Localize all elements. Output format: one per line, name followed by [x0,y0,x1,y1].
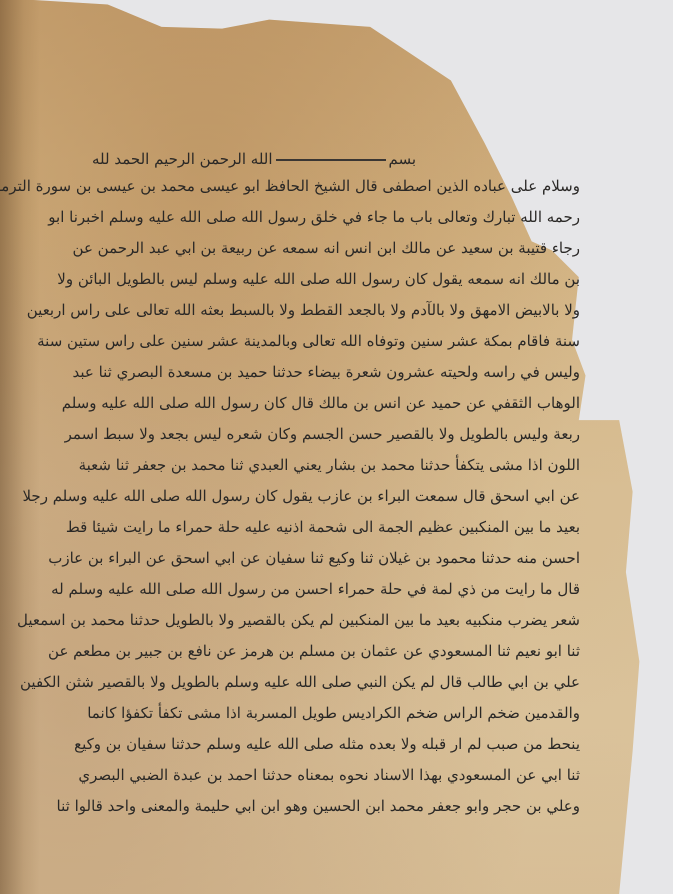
text-line-16: ثنا ابو نعيم ثنا المسعودي عن عثمان بن مس… [48,641,580,661]
text-line-3: رجاء قتيبة بن سعيد عن مالك ابن انس انه س… [73,238,580,258]
text-line-14: قال ما رايت من ذي لمة في حلة حمراء احسن … [51,579,580,599]
text-line-1: وسلام على عباده الذين اصطفى قال الشيخ ال… [0,176,580,196]
text-line-9: ربعة وليس بالطويل ولا بالقصير حسن الجسم … [65,424,580,444]
basmala-start: بسم [389,150,417,168]
text-line-7: وليس في راسه ولحيته عشرون شعرة بيضاء حدث… [72,362,580,382]
text-line-10: اللون اذا مشى يتكفأ حدثنا محمد بن بشار ي… [79,455,580,475]
text-line-4: بن مالك انه سمعه يقول كان رسول الله صلى … [57,269,580,289]
basmala-heading: بسمالله الرحمن الرحيم الحمد لله [92,150,416,168]
text-line-19: ينحط من صبب لم ار قبله ولا بعده مثله صلى… [74,734,580,754]
text-line-18: والقدمين ضخم الراس ضخم الكراديس طويل الم… [87,703,580,723]
text-line-11: عن ابي اسحق قال سمعت البراء بن عازب يقول… [22,486,580,506]
text-line-5: ولا بالابيض الامهق ولا بالآدم ولا بالجعد… [27,300,580,320]
text-line-17: علي بن ابي طالب قال لم يكن النبي صلى الل… [20,672,580,692]
basmala-rest: الله الرحمن الرحيم الحمد لله [92,150,273,168]
text-line-15: شعر يضرب منكبيه بعيد ما بين المنكبين لم … [17,610,580,630]
manuscript-scan: بسمالله الرحمن الرحيم الحمد لله وسلام عل… [0,0,673,894]
text-line-12: بعيد ما بين المنكبين عظيم الجمة الى شحمة… [66,517,580,537]
text-line-20: ثنا ابي عن المسعودي بهذا الاسناد نحوه بم… [78,765,580,785]
basmala-elongation-rule [276,159,386,161]
text-line-13: احسن منه حدثنا محمود بن غيلان ثنا وكيع ث… [48,548,580,568]
paper-leaf [0,0,673,894]
text-line-6: سنة فاقام بمكة عشر سنين وتوفاه الله تعال… [37,331,580,351]
binding-shadow [0,0,40,894]
text-line-8: الوهاب الثقفي عن حميد عن انس بن مالك قال… [62,393,580,413]
text-line-21: وعلي بن حجر وابو جعفر محمد ابن الحسين وه… [57,796,580,816]
text-line-2: رحمه الله تبارك وتعالى باب ما جاء في خلق… [48,207,580,227]
